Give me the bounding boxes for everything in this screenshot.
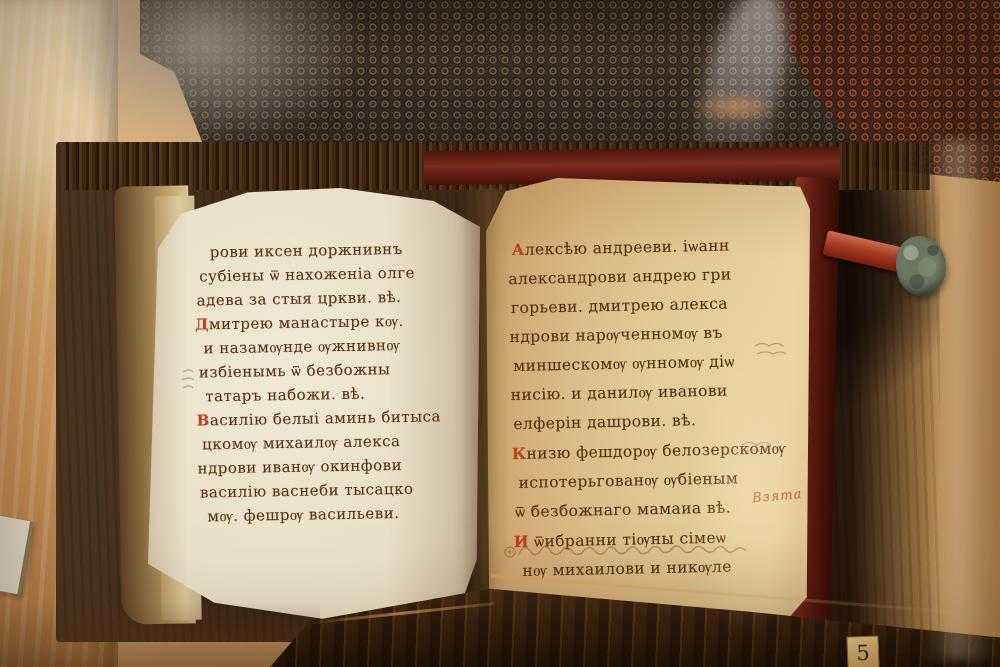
margin-scribble [180, 366, 206, 398]
book-cover-top-edge [424, 147, 840, 185]
photo-scene: рови иксен доржнивнъ субіены ѿ нахоженіа… [0, 0, 1000, 667]
manuscript-line: Василію белыі аминь битыса [196, 404, 482, 433]
manuscript-line: мѹ. фешрѹ васильеви. [207, 499, 484, 528]
left-page-text: рови иксен доржнивнъ субіены ѿ нахоженіа… [194, 236, 485, 529]
wool-fuzz [70, 0, 370, 155]
glass-glare-right [925, 140, 1000, 660]
glass-glare-soft [690, 350, 800, 640]
floor-shadow [0, 600, 320, 667]
exhibit-number-label: 5 [846, 635, 879, 667]
